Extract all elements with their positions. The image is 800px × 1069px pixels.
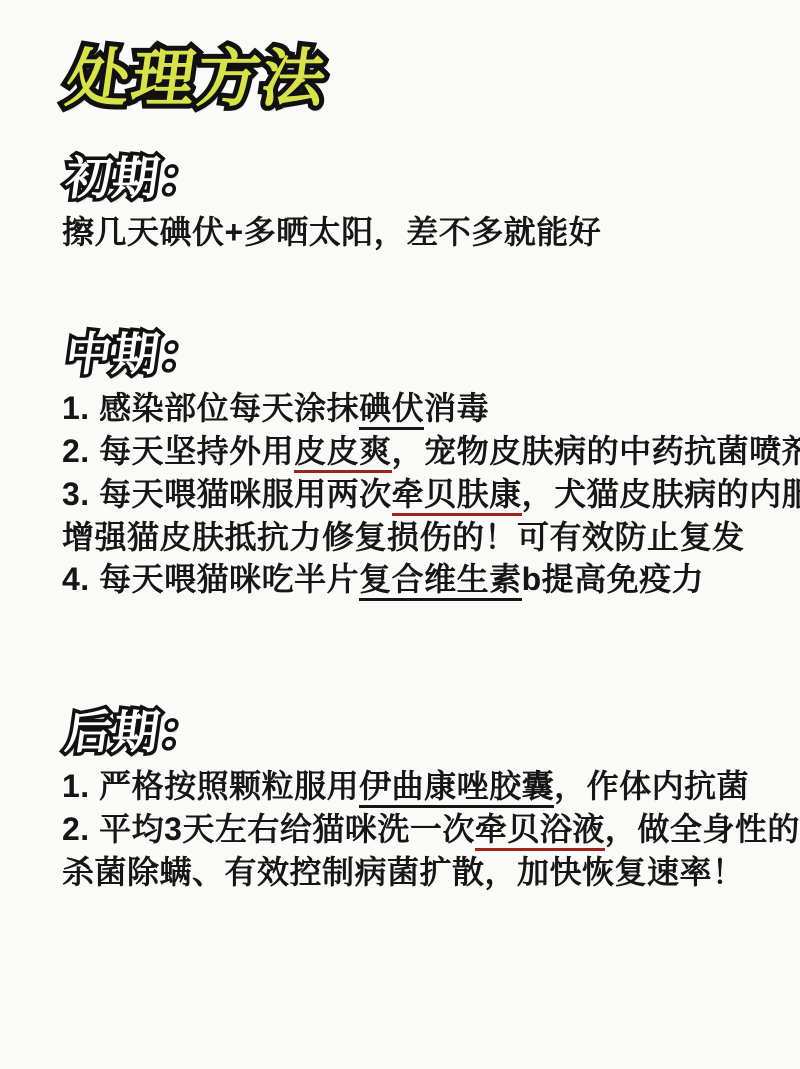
text-segment: 2. 平均3天左右给猫咪洗一次 <box>62 808 475 850</box>
section-lines: 擦几天碘伏+多晒太阳，差不多就能好 <box>62 211 764 253</box>
underlined-term: 牵贝肤康 <box>392 476 522 516</box>
note-page: 处理方法 初期：擦几天碘伏+多晒太阳，差不多就能好中期：1. 感染部位每天涂抹碘… <box>0 0 800 1069</box>
section-lines: 1. 严格按照颗粒服用伊曲康唑胶囊，作体内抗菌2. 平均3天左右给猫咪洗一次牵贝… <box>62 765 764 893</box>
text-segment: 1. 严格按照颗粒服用 <box>62 765 359 807</box>
text-segment: ，犬猫皮肤病的内服药 <box>522 473 800 515</box>
text-segment: 4. 每天喂猫咪吃半片 <box>62 558 359 600</box>
text-segment: 擦几天碘伏+多晒太阳，差不多就能好 <box>62 211 601 253</box>
text-segment: 增强猫皮肤抵抗力修复损伤的！可有效防止复发 <box>62 516 745 558</box>
section-middle: 中期：1. 感染部位每天涂抹碘伏消毒2. 每天坚持外用皮皮爽，宠物皮肤病的中药抗… <box>62 327 764 601</box>
section-heading-middle: 中期： <box>62 327 211 381</box>
underlined-term: 伊曲康唑胶囊 <box>359 768 554 808</box>
page-title: 处理方法 <box>62 44 332 115</box>
underlined-term: 牵贝浴液 <box>475 811 605 851</box>
text-line: 1. 严格按照颗粒服用伊曲康唑胶囊，作体内抗菌 <box>62 765 764 808</box>
text-line: 2. 每天坚持外用皮皮爽，宠物皮肤病的中药抗菌喷剂 <box>62 430 764 473</box>
text-segment: 消毒 <box>424 387 489 429</box>
underlined-term: 碘伏 <box>359 390 424 430</box>
underlined-term: 皮皮爽 <box>294 433 392 473</box>
text-line: 杀菌除螨、有效控制病菌扩散，加快恢复速率！ <box>62 851 764 893</box>
text-segment: ，作体内抗菌 <box>554 765 749 807</box>
sections: 初期：擦几天碘伏+多晒太阳，差不多就能好中期：1. 感染部位每天涂抹碘伏消毒2.… <box>62 151 764 894</box>
text-line: 3. 每天喂猫咪服用两次牵贝肤康，犬猫皮肤病的内服药 <box>62 473 764 516</box>
section-lines: 1. 感染部位每天涂抹碘伏消毒2. 每天坚持外用皮皮爽，宠物皮肤病的中药抗菌喷剂… <box>62 387 764 601</box>
text-line: 2. 平均3天左右给猫咪洗一次牵贝浴液，做全身性的 <box>62 808 764 851</box>
text-segment: ，宠物皮肤病的中药抗菌喷剂 <box>392 430 800 472</box>
text-segment: 1. 感染部位每天涂抹 <box>62 387 359 429</box>
text-segment: 杀菌除螨、有效控制病菌扩散，加快恢复速率！ <box>62 851 745 893</box>
section-early: 初期：擦几天碘伏+多晒太阳，差不多就能好 <box>62 151 764 253</box>
text-segment: 3. 每天喂猫咪服用两次 <box>62 473 392 515</box>
text-segment: 2. 每天坚持外用 <box>62 430 294 472</box>
section-heading-early: 初期： <box>62 151 211 205</box>
text-segment: ，做全身性的 <box>605 808 800 850</box>
section-late: 后期：1. 严格按照颗粒服用伊曲康唑胶囊，作体内抗菌2. 平均3天左右给猫咪洗一… <box>62 705 764 893</box>
underlined-term: 复合维生素 <box>359 561 522 601</box>
text-line: 增强猫皮肤抵抗力修复损伤的！可有效防止复发 <box>62 516 764 558</box>
text-line: 擦几天碘伏+多晒太阳，差不多就能好 <box>62 211 764 253</box>
text-segment: b提高免疫力 <box>522 558 705 600</box>
text-line: 4. 每天喂猫咪吃半片复合维生素b提高免疫力 <box>62 558 764 601</box>
section-heading-late: 后期： <box>62 705 211 759</box>
text-line: 1. 感染部位每天涂抹碘伏消毒 <box>62 387 764 430</box>
